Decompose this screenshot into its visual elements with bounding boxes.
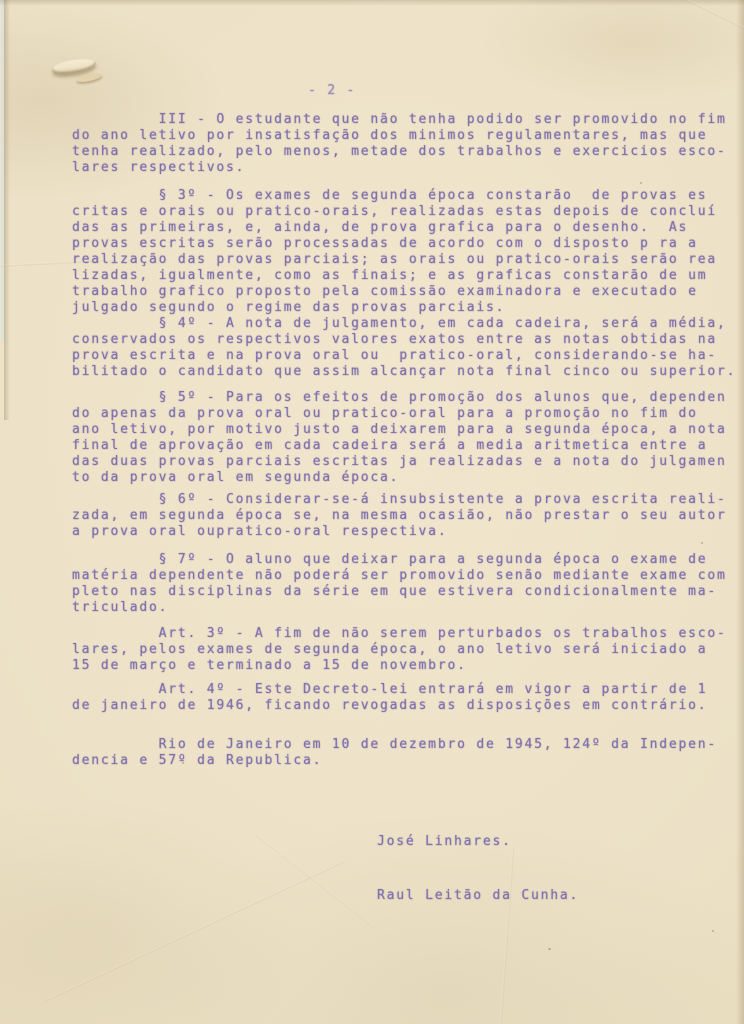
paragraph-article-4: Art. 4º - Este Decreto-lei entrará em vi… [72, 682, 744, 714]
crease-mark [255, 834, 374, 928]
paragraph-article-3: Art. 3º - A fim de não serem perturbados… [72, 626, 744, 674]
ink-speck [640, 182, 642, 184]
top-edge-shadow [0, 0, 744, 6]
ink-speck [712, 930, 714, 932]
paragraph-section-7: § 7º - O aluno que deixar para a segunda… [72, 552, 744, 616]
left-edge-shadow [4, 0, 10, 420]
paragraph-section-6: § 6º - Considerar-se-á insubsistente a p… [72, 492, 744, 540]
paragraph-section-4: § 4º - A nota de julgamento, em cada cad… [72, 316, 744, 380]
ink-speck [548, 948, 551, 950]
paper-tear-shadow [76, 71, 103, 83]
signature-raul-leitao-da-cunha: Raul Leitão da Cunha. [377, 885, 579, 907]
scanned-page: - 2 - III - O estudante que não tenha po… [0, 0, 744, 1024]
page-number: - 2 - [308, 83, 356, 99]
signature-jose-linhares: José Linhares. [377, 831, 579, 853]
paragraph-section-3: § 3º - Os exames de segunda época consta… [72, 188, 744, 316]
paragraph-item-iii: III - O estudante que não tenha podido s… [72, 112, 744, 176]
paragraph-section-5: § 5º - Para os efeitos de promoção dos a… [72, 390, 744, 486]
paragraph-dateline: Rio de Janeiro em 10 de dezembro de 1945… [72, 737, 744, 769]
signature-block: José Linhares. Raul Leitão da Cunha. [377, 799, 579, 939]
ink-speck [701, 542, 703, 544]
crease-mark [45, 860, 345, 1001]
